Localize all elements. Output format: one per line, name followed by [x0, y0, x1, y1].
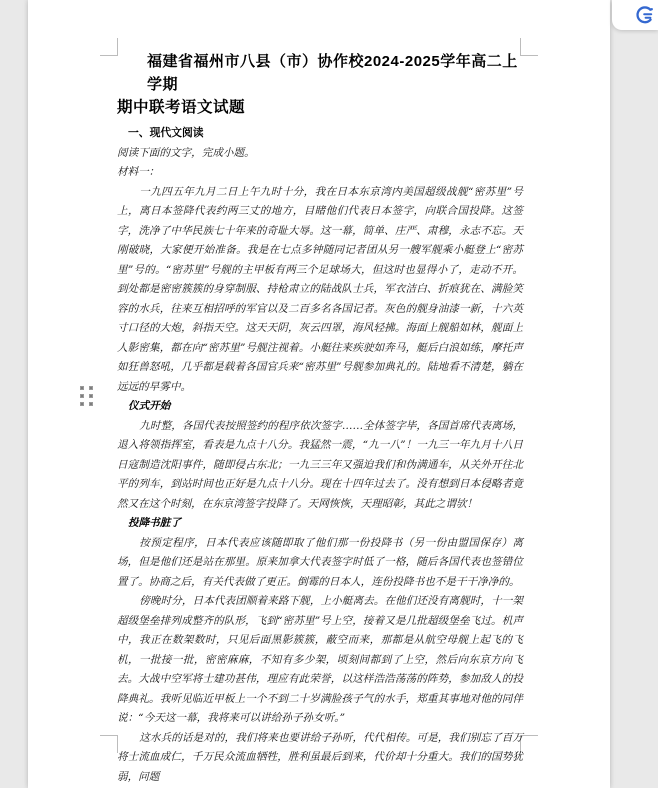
crop-mark-top-left [100, 38, 118, 56]
material-label[interactable]: 材料一： [117, 163, 523, 183]
crop-mark-bottom-left [100, 735, 118, 753]
document-title-line-2[interactable]: 期中联考语文试题 [117, 96, 523, 119]
floating-extension-button[interactable] [612, 0, 658, 30]
instruction-text[interactable]: 阅读下面的文字，完成小题。 [117, 144, 523, 164]
translate-refresh-icon [634, 5, 654, 25]
word-document-view: { "app": { "background_color": "#e9e9e9"… [0, 0, 658, 788]
body-paragraph-3[interactable]: 按预定程序，日本代表应该随即取了他们那一份投降书（另一份由盟国保存）离场，但是他… [117, 534, 523, 593]
subheading-ceremony-begins[interactable]: 仪式开始 [117, 397, 523, 417]
subheading-surrender-document-soiled[interactable]: 投降书脏了 [117, 514, 523, 534]
document-text-area[interactable]: 福建省福州市八县（市）协作校2024-2025学年高二上学期 期中联考语文试题 … [117, 50, 523, 787]
document-title[interactable]: 福建省福州市八县（市）协作校2024-2025学年高二上学期 期中联考语文试题 [117, 50, 523, 119]
body-paragraph-4[interactable]: 傍晚时分，日本代表团顺着来路下舰，上小艇离去。在他们还没有离舰时，十一架超级堡垒… [117, 592, 523, 729]
document-title-line-1[interactable]: 福建省福州市八县（市）协作校2024-2025学年高二上学期 [117, 50, 523, 96]
drag-handle-icon[interactable] [80, 386, 93, 406]
section-heading-modern-text-reading[interactable]: 一、现代文阅读 [117, 124, 523, 144]
body-paragraph-2[interactable]: 九时整，各国代表按照签约的程序依次签字……全体签字毕，各国首席代表离场，退入将领… [117, 417, 523, 515]
body-paragraph-5[interactable]: 这水兵的话是对的，我们将来也要讲给子孙听，代代相传。可是，我们别忘了百万将士流血… [117, 729, 523, 788]
body-paragraph-1[interactable]: 一九四五年九月二日上午九时十分，我在日本东京湾内美国超级战舰“密苏里”号上，离日… [117, 183, 523, 398]
